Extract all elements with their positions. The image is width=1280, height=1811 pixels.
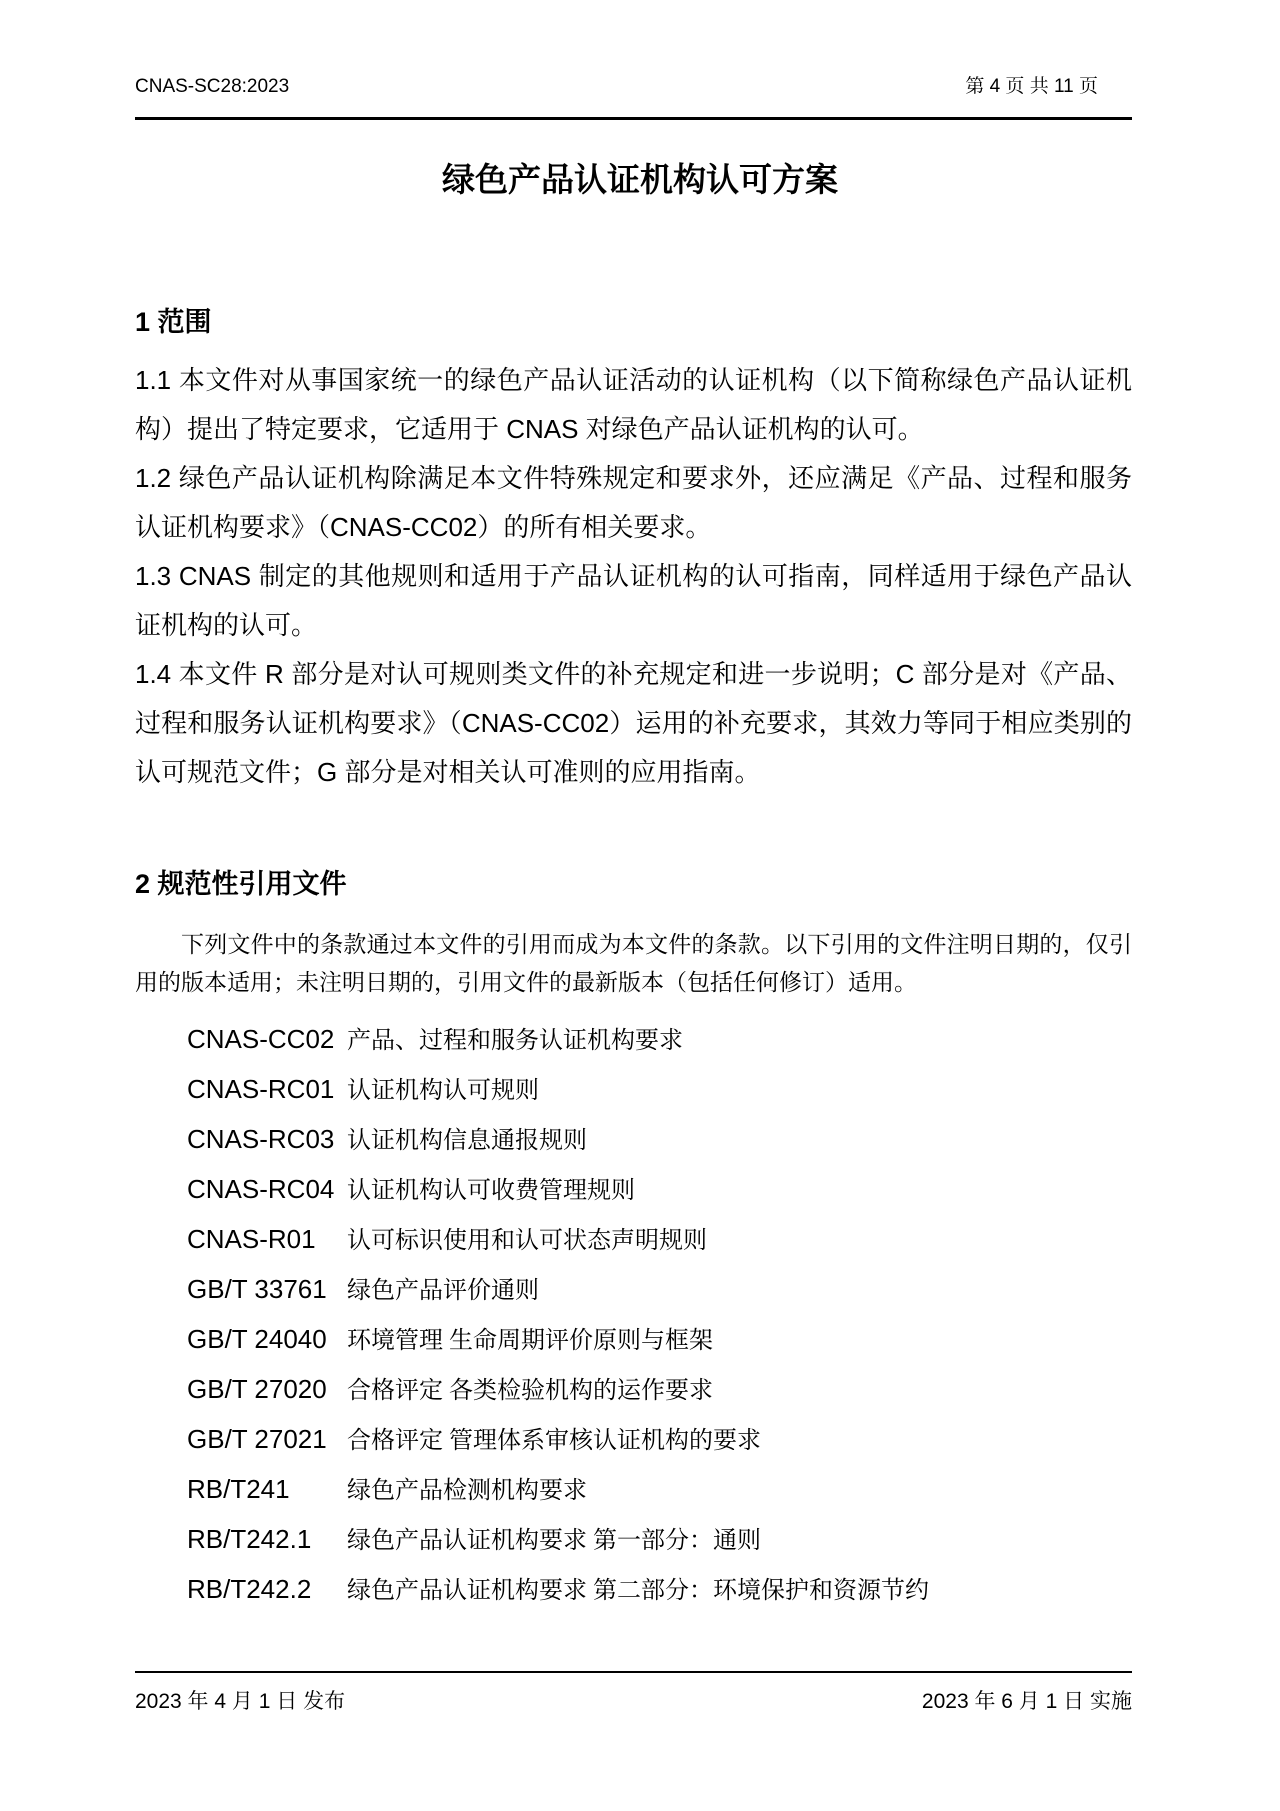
section-2-heading: 2 规范性引用文件 — [135, 866, 1132, 902]
reference-code: RB/T242.2 — [187, 1564, 347, 1614]
reference-item: CNAS-R01 认可标识使用和认可状态声明规则 — [187, 1214, 1132, 1264]
reference-code: CNAS-CC02 — [187, 1014, 347, 1064]
reference-code: GB/T 27020 — [187, 1364, 347, 1414]
reference-code: CNAS-RC04 — [187, 1164, 347, 1214]
references-list: CNAS-CC02 产品、过程和服务认证机构要求 CNAS-RC01 认证机构认… — [135, 1014, 1132, 1614]
reference-code: GB/T 27021 — [187, 1414, 347, 1464]
reference-title: 产品、过程和服务认证机构要求 — [347, 1016, 683, 1066]
reference-code: CNAS-RC03 — [187, 1114, 347, 1164]
reference-item: RB/T241 绿色产品检测机构要求 — [187, 1464, 1132, 1514]
reference-item: GB/T 33761 绿色产品评价通则 — [187, 1264, 1132, 1314]
reference-item: CNAS-CC02 产品、过程和服务认证机构要求 — [187, 1014, 1132, 1064]
document-page: CNAS-SC28:2023 第 4 页 共 11 页 绿色产品认证机构认可方案… — [0, 0, 1280, 1811]
implementation-date: 2023 年 6 月 1 日 实施 — [922, 1688, 1132, 1716]
section-1-heading: 1 范围 — [135, 304, 1132, 340]
paragraph-1-3: 1.3 CNAS 制定的其他规则和适用于产品认证机构的认可指南，同样适用于绿色产… — [135, 552, 1132, 650]
reference-title: 环境管理 生命周期评价原则与框架 — [347, 1316, 713, 1366]
reference-code: RB/T242.1 — [187, 1514, 347, 1564]
doc-code: CNAS-SC28:2023 — [135, 74, 289, 99]
paragraph-1-2: 1.2 绿色产品认证机构除满足本文件特殊规定和要求外，还应满足《产品、过程和服务… — [135, 454, 1132, 552]
release-date: 2023 年 4 月 1 日 发布 — [135, 1688, 345, 1716]
reference-code: CNAS-RC01 — [187, 1064, 347, 1114]
reference-title: 认可标识使用和认可状态声明规则 — [347, 1216, 707, 1266]
reference-title: 绿色产品检测机构要求 — [347, 1466, 587, 1516]
reference-item: GB/T 27021 合格评定 管理体系审核认证机构的要求 — [187, 1414, 1132, 1464]
reference-code: GB/T 24040 — [187, 1314, 347, 1364]
reference-item: GB/T 27020 合格评定 各类检验机构的运作要求 — [187, 1364, 1132, 1414]
section-normative-references: 2 规范性引用文件 下列文件中的条款通过本文件的引用而成为本文件的条款。以下引用… — [135, 866, 1132, 1614]
reference-item: CNAS-RC03 认证机构信息通报规则 — [187, 1114, 1132, 1164]
reference-item: RB/T242.2 绿色产品认证机构要求 第二部分：环境保护和资源节约 — [187, 1564, 1132, 1614]
reference-title: 认证机构认可收费管理规则 — [347, 1166, 635, 1216]
document-title: 绿色产品认证机构认可方案 — [0, 158, 1280, 202]
reference-item: CNAS-RC04 认证机构认可收费管理规则 — [187, 1164, 1132, 1214]
reference-code: RB/T241 — [187, 1464, 347, 1514]
reference-title: 绿色产品认证机构要求 第一部分：通则 — [347, 1516, 761, 1566]
reference-code: GB/T 33761 — [187, 1264, 347, 1314]
reference-title: 合格评定 各类检验机构的运作要求 — [347, 1366, 713, 1416]
section-scope: 1 范围 1.1 本文件对从事国家统一的绿色产品认证活动的认证机构（以下简称绿色… — [135, 304, 1132, 797]
page-number: 第 4 页 共 11 页 — [965, 74, 1132, 99]
reference-title: 认证机构认可规则 — [347, 1066, 539, 1116]
reference-item: RB/T242.1 绿色产品认证机构要求 第一部分：通则 — [187, 1514, 1132, 1564]
paragraph-1-4: 1.4 本文件 R 部分是对认可规则类文件的补充规定和进一步说明；C 部分是对《… — [135, 650, 1132, 797]
reference-title: 绿色产品评价通则 — [347, 1266, 539, 1316]
reference-title: 合格评定 管理体系审核认证机构的要求 — [347, 1416, 761, 1466]
paragraph-1-1: 1.1 本文件对从事国家统一的绿色产品认证活动的认证机构（以下简称绿色产品认证机… — [135, 356, 1132, 454]
page-footer: 2023 年 4 月 1 日 发布 2023 年 6 月 1 日 实施 — [135, 1671, 1132, 1716]
reference-item: CNAS-RC01 认证机构认可规则 — [187, 1064, 1132, 1114]
reference-code: CNAS-R01 — [187, 1214, 347, 1264]
reference-title: 认证机构信息通报规则 — [347, 1116, 587, 1166]
reference-title: 绿色产品认证机构要求 第二部分：环境保护和资源节约 — [347, 1566, 929, 1616]
references-intro: 下列文件中的条款通过本文件的引用而成为本文件的条款。以下引用的文件注明日期的，仅… — [135, 926, 1132, 1002]
page-header: CNAS-SC28:2023 第 4 页 共 11 页 — [135, 74, 1132, 120]
reference-item: GB/T 24040 环境管理 生命周期评价原则与框架 — [187, 1314, 1132, 1364]
